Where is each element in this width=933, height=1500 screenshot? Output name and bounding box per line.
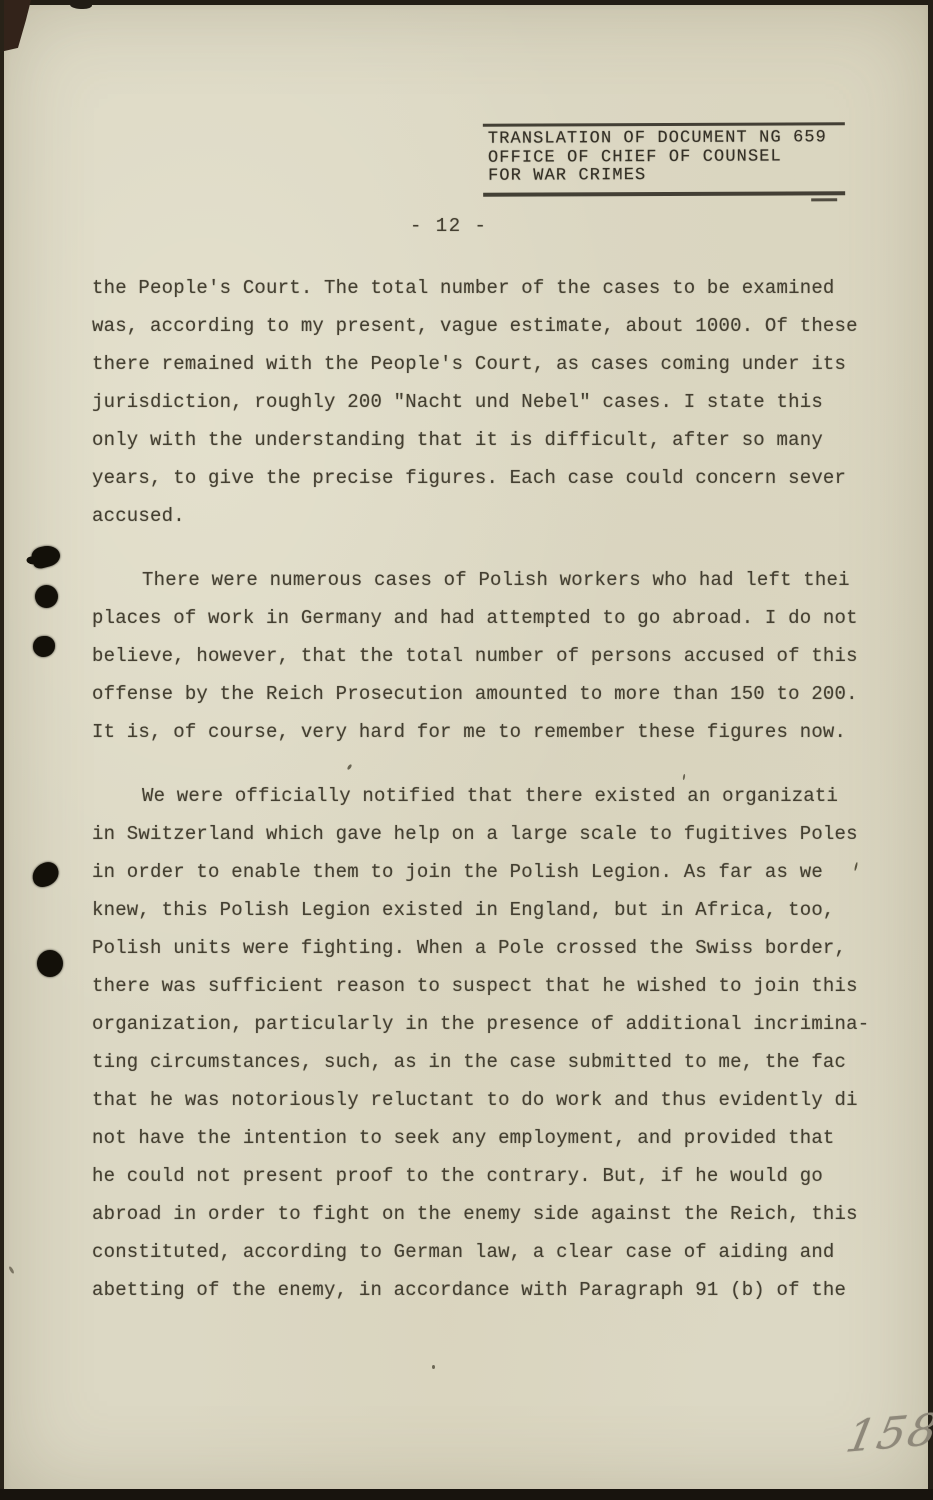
paragraph: We were officially notified that there e… [92,777,892,1309]
text-line: in Switzerland which gave help on a larg… [92,815,892,853]
text-line: ting circumstances, such, as in the case… [92,1043,892,1081]
stamp-line-office: OFFICE OF CHIEF OF COUNSEL [488,148,845,168]
text-line: years, to give the precise figures. Each… [92,459,892,497]
text-line: was, according to my present, vague esti… [92,307,892,345]
paper-speck [432,1365,435,1369]
hole-punch [35,585,58,608]
scan-edge-top [0,0,933,5]
text-line: there was sufficient reason to suspect t… [92,967,892,1005]
paper-speck [8,1266,15,1274]
text-line: organization, particularly in the presen… [92,1005,892,1043]
stamp-line-war-crimes: FOR WAR CRIMES [488,166,845,186]
text-line: there remained with the People's Court, … [92,345,892,383]
text-line: We were officially notified that there e… [92,777,892,815]
document-body: the People's Court. The total number of … [92,269,892,1335]
text-line: believe, however, that the total number … [92,637,892,675]
text-line: constituted, according to German law, a … [92,1233,892,1271]
text-line: accused. [92,497,892,535]
page-number: - 12 - [410,215,487,237]
text-line: It is, of course, very hard for me to re… [92,713,892,751]
scan-edge-left [0,0,4,1500]
text-line: in order to enable them to join the Poli… [92,853,892,891]
hole-punch [37,950,63,977]
ink-smudge [30,543,62,570]
text-line: offense by the Reich Prosecution amounte… [92,675,892,713]
text-line: that he was notoriously reluctant to do … [92,1081,892,1119]
translation-stamp: TRANSLATION OF DOCUMENT NG 659 OFFICE OF… [483,122,845,196]
text-line: knew, this Polish Legion existed in Engl… [92,891,892,929]
text-line: Polish units were fighting. When a Pole … [92,929,892,967]
text-line: not have the intention to seek any emplo… [92,1119,892,1157]
scan-edge-notch [70,0,92,9]
text-line: only with the understanding that it is d… [92,421,892,459]
hole-punch [33,636,55,657]
scan-edge-bottom [0,1489,933,1500]
paragraph: the People's Court. The total number of … [92,269,892,535]
ink-smudge [29,859,62,890]
scan-corner-shadow [0,0,31,52]
scanned-document-page: TRANSLATION OF DOCUMENT NG 659 OFFICE OF… [0,0,933,1500]
paragraph: There were numerous cases of Polish work… [92,561,892,751]
text-line: he could not present proof to the contra… [92,1157,892,1195]
text-line: places of work in Germany and had attemp… [92,599,892,637]
scan-edge-right [928,0,933,1500]
handwritten-folio-number: 158 [842,1404,933,1463]
text-line: abetting of the enemy, in accordance wit… [92,1271,892,1309]
text-line: jurisdiction, roughly 200 "Nacht und Neb… [92,383,892,421]
stamp-line-document-number: TRANSLATION OF DOCUMENT NG 659 [488,129,845,149]
text-line: the People's Court. The total number of … [92,269,892,307]
text-line: abroad in order to fight on the enemy si… [92,1195,892,1233]
text-line: There were numerous cases of Polish work… [92,561,892,599]
